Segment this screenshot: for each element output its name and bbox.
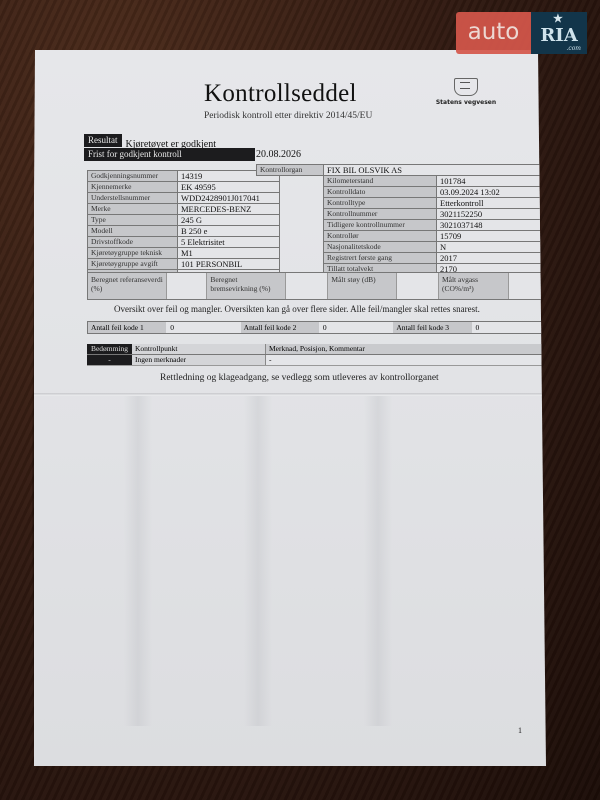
measurement-label: Målt støy (dB) xyxy=(328,273,395,299)
field-label: Tidligere kontrollnummer xyxy=(324,220,437,231)
field-value: 101784 xyxy=(437,176,544,187)
watermark-com: .com xyxy=(566,45,581,53)
field-label: Understellsnummer xyxy=(88,193,178,204)
remarks-header-comment: Merknad, Posisjon, Kommentar xyxy=(265,344,545,354)
table-row: Tidligere kontrollnummer3021037148 xyxy=(257,220,544,231)
spacer xyxy=(257,209,324,220)
measurement-value xyxy=(396,273,439,299)
measurements-row: Beregnet referanseverdi (%)Beregnet brem… xyxy=(87,272,547,300)
field-label: Kjøretøygruppe avgift xyxy=(88,259,178,270)
field-label: Kontrolltype xyxy=(324,198,437,209)
deadline-label: Frist for godkjent kontroll xyxy=(84,148,255,161)
field-value: Etterkontroll xyxy=(437,198,544,209)
table-row: KontrollorganFIX BIL OLSVIK AS xyxy=(257,165,544,176)
table-row: UnderstellsnummerWDD2428901J017041 xyxy=(88,193,280,204)
field-label: Drivstoffkode xyxy=(88,237,178,248)
control-body-label: Kontrollorgan xyxy=(257,165,324,176)
spacer xyxy=(257,187,324,198)
table-row: Godkjenningsnummer14319 xyxy=(88,171,280,182)
document-subtitle: Periodisk kontroll etter direktiv 2014/4… xyxy=(204,111,372,121)
agency-logo: Statens vegvesen xyxy=(434,78,498,106)
remarks-header-checkpoint: Kontrollpunkt xyxy=(132,344,265,354)
star-icon: ★ xyxy=(553,13,563,25)
agency-emblem-icon xyxy=(454,78,478,96)
field-label: Type xyxy=(88,215,178,226)
field-label: Kontrollør xyxy=(324,231,437,242)
table-row: ModellB 250 e xyxy=(88,226,280,237)
fault-count-label: Antall feil kode 2 xyxy=(241,322,319,333)
field-label: Kjennemerke xyxy=(88,182,178,193)
measurement-value xyxy=(285,273,328,299)
agency-name: Statens vegvesen xyxy=(434,99,498,106)
measurement-label: Beregnet referanseverdi (%) xyxy=(88,273,166,299)
field-label: Godkjenningsnummer xyxy=(88,171,178,182)
control-body-value: FIX BIL OLSVIK AS xyxy=(324,165,544,176)
remarks-header-assessment: Bedømming xyxy=(87,344,132,354)
remarks-checkpoint: Ingen merknader xyxy=(132,355,265,365)
measurement-value xyxy=(508,273,546,299)
spacer xyxy=(257,242,324,253)
inspection-document: Kontrollseddel Periodisk kontroll etter … xyxy=(34,50,546,766)
field-value: 03.09.2024 13:02 xyxy=(437,187,544,198)
spacer xyxy=(257,176,324,187)
paper-fold xyxy=(34,393,546,396)
fault-counts-row: Antall feil kode 10Antall feil kode 20An… xyxy=(87,321,547,334)
table-row: KontrolltypeEtterkontroll xyxy=(257,198,544,209)
control-info-table: KontrollorganFIX BIL OLSVIK ASKilometers… xyxy=(256,164,544,275)
field-value: 3021152250 xyxy=(437,209,544,220)
table-row: Drivstoffkode5 Elektrisitet xyxy=(88,237,280,248)
table-row: NasjonalitetskodeN xyxy=(257,242,544,253)
table-row: Kjøretøygruppe tekniskM1 xyxy=(88,248,280,259)
fault-count-value: 0 xyxy=(319,322,393,333)
watermark-ria-text: RIA xyxy=(540,25,577,46)
faults-notice: Oversikt over feil og mangler. Oversikte… xyxy=(114,304,480,314)
field-value: N xyxy=(437,242,544,253)
page-number: 1 xyxy=(518,726,522,735)
document-title: Kontrollseddel xyxy=(204,80,357,108)
field-value: 3021037148 xyxy=(437,220,544,231)
result-label: Resultat xyxy=(84,134,122,147)
measurement-label: Målt avgass (CO%/m³) xyxy=(439,273,508,299)
watermark-ria: ★ RIA .com xyxy=(531,12,587,54)
field-value: 15709 xyxy=(437,231,544,242)
paper-crease xyxy=(124,396,152,726)
fault-count-label: Antall feil kode 1 xyxy=(88,322,166,333)
remarks-comment: - xyxy=(265,355,545,365)
table-row: Kilometerstand101784 xyxy=(257,176,544,187)
table-row: Kontrollnummer3021152250 xyxy=(257,209,544,220)
guidance-text: Rettledning og klageadgang, se vedlegg s… xyxy=(160,373,439,383)
spacer xyxy=(257,220,324,231)
fault-count-value: 0 xyxy=(472,322,546,333)
deadline-value: 20.08.2026 xyxy=(256,149,301,160)
paper-crease xyxy=(244,396,272,726)
field-label: Registrert første gang xyxy=(324,253,437,264)
paper-crease xyxy=(364,396,392,726)
autoria-watermark: auto ★ RIA .com xyxy=(456,12,587,54)
result-block: ResultatKjøretøyet er godkjent Frist for… xyxy=(84,134,255,162)
watermark-auto: auto xyxy=(456,12,531,54)
spacer xyxy=(257,198,324,209)
field-label: Modell xyxy=(88,226,178,237)
table-row: Kontrollør15709 xyxy=(257,231,544,242)
vehicle-info-table: Godkjenningsnummer14319KjennemerkeEK 495… xyxy=(87,170,280,281)
field-label: Kontrolldato xyxy=(324,187,437,198)
table-row: KjennemerkeEK 49595 xyxy=(88,182,280,193)
measurement-label: Beregnet bremsevirkning (%) xyxy=(207,273,285,299)
remarks-row: - Ingen merknader - xyxy=(87,355,545,366)
table-row: Registrert første gang2017 xyxy=(257,253,544,264)
spacer xyxy=(257,253,324,264)
table-row: Type245 G xyxy=(88,215,280,226)
field-label: Merke xyxy=(88,204,178,215)
field-label: Kontrollnummer xyxy=(324,209,437,220)
spacer xyxy=(257,231,324,242)
field-value: 2017 xyxy=(437,253,544,264)
fault-count-label: Antall feil kode 3 xyxy=(393,322,471,333)
remarks-assessment: - xyxy=(87,355,132,365)
table-row: MerkeMERCEDES-BENZ xyxy=(88,204,280,215)
field-label: Kilometerstand xyxy=(324,176,437,187)
remarks-table: Bedømming Kontrollpunkt Merknad, Posisjo… xyxy=(87,344,545,366)
field-label: Nasjonalitetskode xyxy=(324,242,437,253)
table-row: Kjøretøygruppe avgift101 PERSONBIL xyxy=(88,259,280,270)
table-row: Kontrolldato03.09.2024 13:02 xyxy=(257,187,544,198)
measurement-value xyxy=(166,273,207,299)
remarks-header: Bedømming Kontrollpunkt Merknad, Posisjo… xyxy=(87,344,545,355)
field-label: Kjøretøygruppe teknisk xyxy=(88,248,178,259)
fault-count-value: 0 xyxy=(166,322,240,333)
